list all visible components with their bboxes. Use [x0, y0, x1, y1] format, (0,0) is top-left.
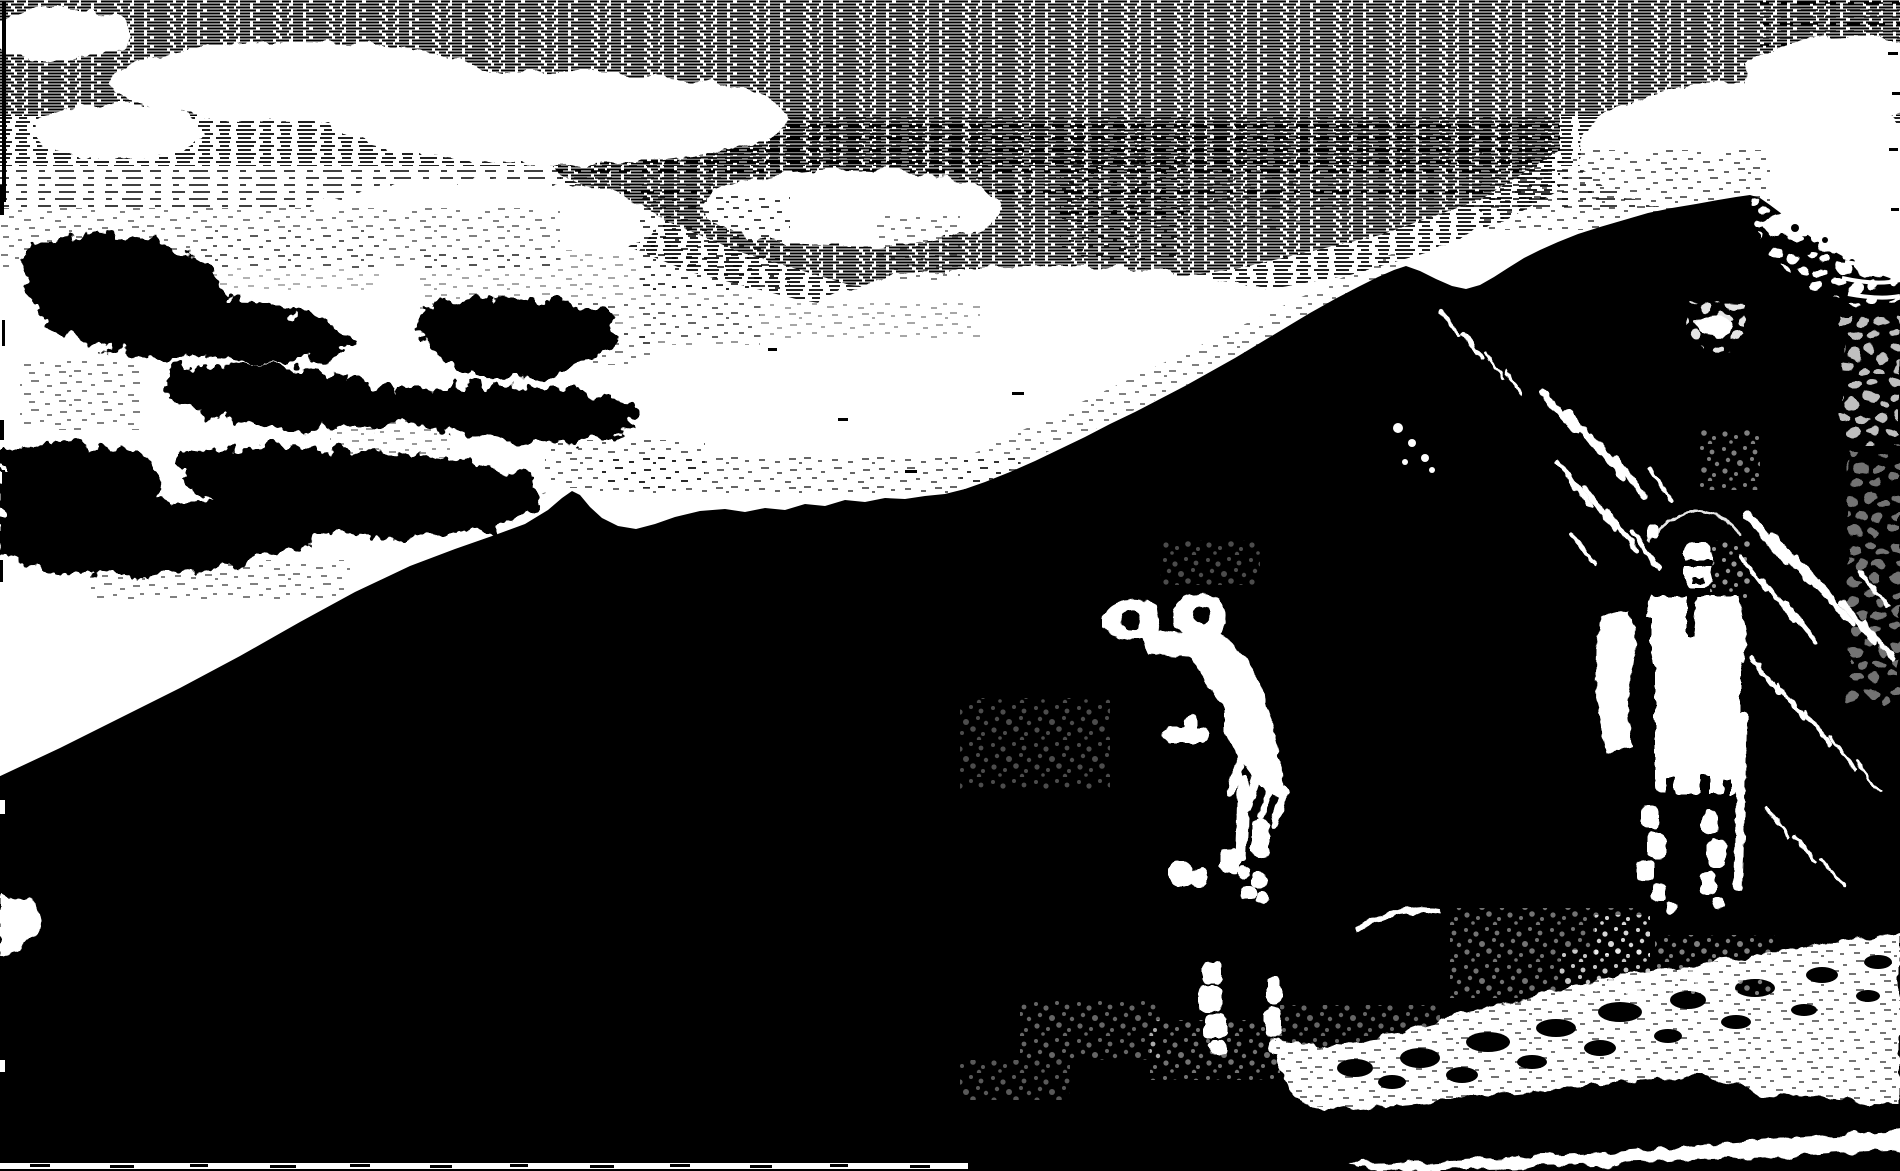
figure-right-mouth	[1692, 578, 1705, 583]
figure-right-arm-gap	[1639, 618, 1651, 752]
figure-right-hood-dab	[1648, 524, 1658, 540]
engraving-illustration: Black-and-white engraved landscape: a da…	[0, 0, 1900, 1171]
figure-left-hand-dark-spot	[1121, 610, 1141, 630]
engraving-canvas: Black-and-white engraved landscape: a da…	[0, 0, 1900, 1171]
bottom-margin-strip	[0, 1163, 968, 1169]
figure-right-eye-band	[1684, 559, 1712, 566]
figure-right-torso	[1655, 652, 1741, 794]
left-edge-line	[2, 2, 6, 202]
